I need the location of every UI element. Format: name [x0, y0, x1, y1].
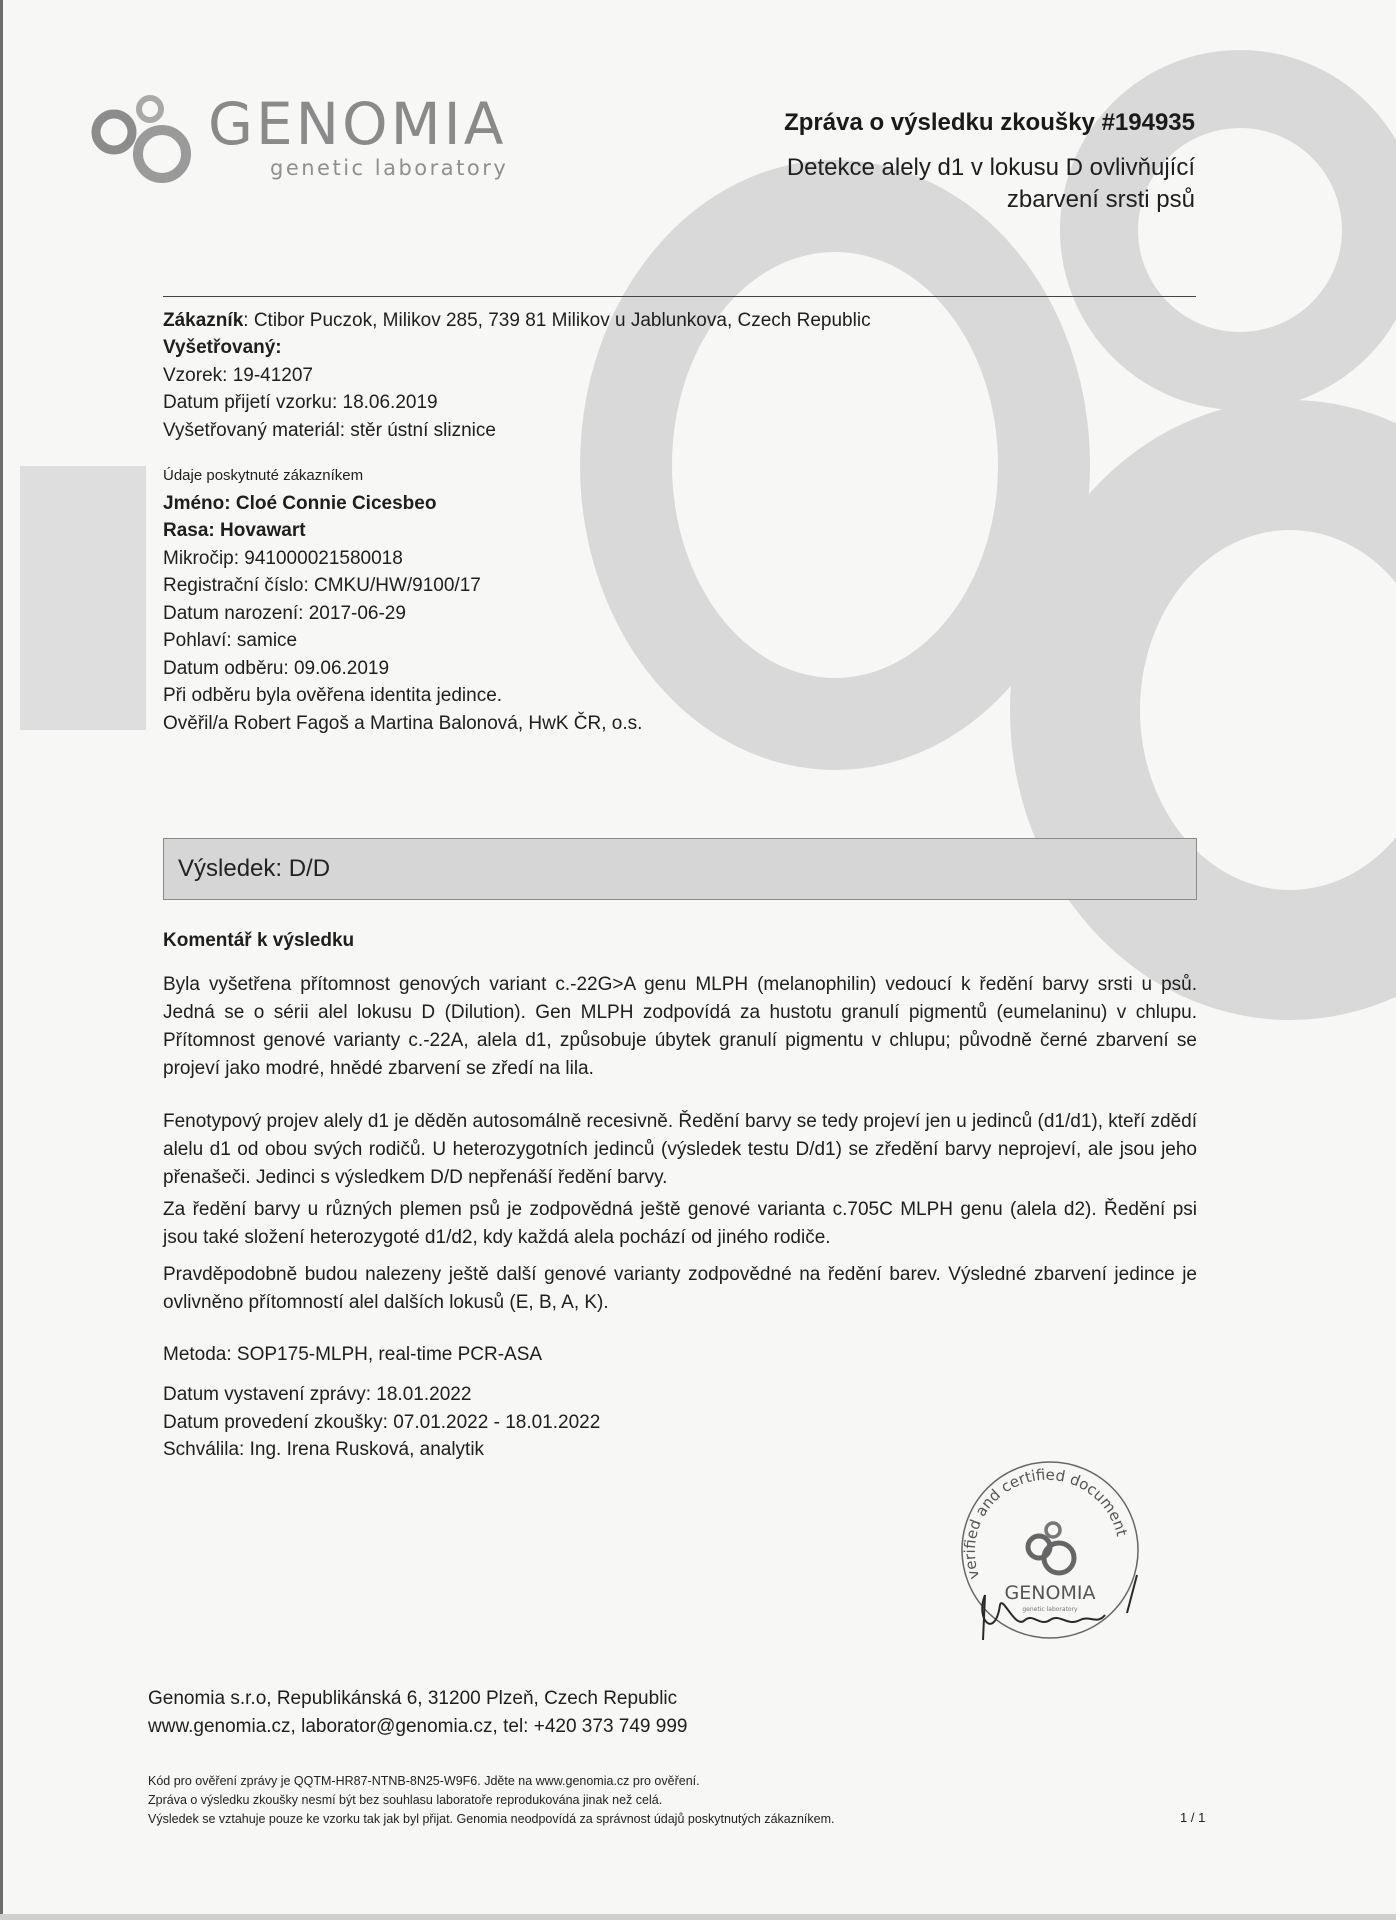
- test-period: Datum provedení zkoušky: 07.01.2022 - 18…: [163, 1409, 600, 1437]
- examined-heading: Vyšetřovaný:: [163, 334, 496, 362]
- animal-breed: Rasa: Hovawart: [163, 517, 642, 545]
- header-divider: [163, 296, 1196, 297]
- company-footer: Genomia s.r.o, Republikánská 6, 31200 Pl…: [148, 1685, 687, 1741]
- approved-by: Schválila: Ing. Irena Rusková, analytik: [163, 1436, 600, 1464]
- stamp-wordmark: GENOMIA: [1005, 1582, 1096, 1604]
- certification-stamp: verified and certified document GENOMIA …: [955, 1455, 1145, 1645]
- registration-number: Registrační číslo: CMKU/HW/9100/17: [163, 572, 642, 600]
- birth-date: Datum narození: 2017-06-29: [163, 600, 642, 628]
- verified-by: Ověřil/a Robert Fagoš a Martina Balonová…: [163, 710, 642, 738]
- method: Metoda: SOP175-MLPH, real-time PCR-ASA: [163, 1341, 542, 1369]
- scan-edge: [0, 0, 3, 1920]
- result-box: Výsledek: D/D: [163, 838, 1197, 900]
- logo-tagline: genetic laboratory: [270, 156, 508, 180]
- reproduction-note: Zpráva o výsledku zkoušky nesmí být bez …: [148, 1791, 834, 1810]
- watermark-block: [20, 466, 146, 730]
- logo-wordmark: GENOMIA: [208, 92, 506, 156]
- stamp-logo-icon: [1028, 1523, 1074, 1573]
- company-address: Genomia s.r.o, Republikánská 6, 31200 Pl…: [148, 1685, 687, 1713]
- customer-label: Zákazník: [163, 310, 243, 331]
- sex: Pohlaví: samice: [163, 627, 642, 655]
- provided-note: Údaje poskytnuté zákazníkem: [163, 462, 642, 490]
- comment-paragraph: Byla vyšetřena přítomnost genových varia…: [163, 971, 1197, 1083]
- page-number: 1 / 1: [1180, 1810, 1205, 1825]
- liability-note: Výsledek se vztahuje pouze ke vzorku tak…: [148, 1810, 834, 1829]
- stamp-tagline: genetic laboratory: [1022, 1606, 1078, 1613]
- comment-paragraph: Za ředění barvy u různých plemen psů je …: [163, 1196, 1197, 1252]
- scan-edge: [0, 1914, 1396, 1920]
- logo-rings-icon: [90, 92, 210, 192]
- material: Vyšetřovaný materiál: stěr ústní sliznic…: [163, 417, 496, 445]
- company-contact: www.genomia.cz, laborator@genomia.cz, te…: [148, 1713, 687, 1741]
- report-title: Zpráva o výsledku zkoušky #194935: [784, 109, 1195, 137]
- received-date: Datum přijetí vzorku: 18.06.2019: [163, 389, 496, 417]
- customer-line: Zákazník: Ctibor Puczok, Milikov 285, 73…: [163, 307, 871, 335]
- animal-name: Jméno: Cloé Connie Cicesbeo: [163, 490, 642, 518]
- issue-date: Datum vystavení zprávy: 18.01.2022: [163, 1381, 600, 1409]
- genomia-logo: GENOMIA genetic laboratory: [90, 92, 530, 192]
- legal-notes: Kód pro ověření zprávy je QQTM-HR87-NTNB…: [148, 1772, 834, 1829]
- customer-value: : Ctibor Puczok, Milikov 285, 739 81 Mil…: [243, 310, 870, 331]
- report-dates: Datum vystavení zprávy: 18.01.2022 Datum…: [163, 1381, 600, 1464]
- comment-paragraph: Fenotypový projev alely d1 je děděn auto…: [163, 1108, 1197, 1192]
- comment-title: Komentář k výsledku: [163, 930, 354, 952]
- verification-code-note: Kód pro ověření zprávy je QQTM-HR87-NTNB…: [148, 1772, 834, 1791]
- collection-date: Datum odběru: 09.06.2019: [163, 655, 642, 683]
- microchip: Mikročip: 941000021580018: [163, 545, 642, 573]
- examined-section: Vyšetřovaný: Vzorek: 19-41207 Datum přij…: [163, 334, 496, 444]
- animal-details: Údaje poskytnuté zákazníkem Jméno: Cloé …: [163, 462, 642, 737]
- watermark-ring: [1060, 50, 1396, 410]
- identity-note: Při odběru byla ověřena identita jedince…: [163, 682, 642, 710]
- sample-id: Vzorek: 19-41207: [163, 362, 496, 390]
- result-value: Výsledek: D/D: [178, 855, 330, 883]
- report-subtitle: Detekce alely d1 v lokusu D ovlivňující …: [695, 152, 1195, 216]
- comment-paragraph: Pravděpodobně budou nalezeny ještě další…: [163, 1261, 1197, 1317]
